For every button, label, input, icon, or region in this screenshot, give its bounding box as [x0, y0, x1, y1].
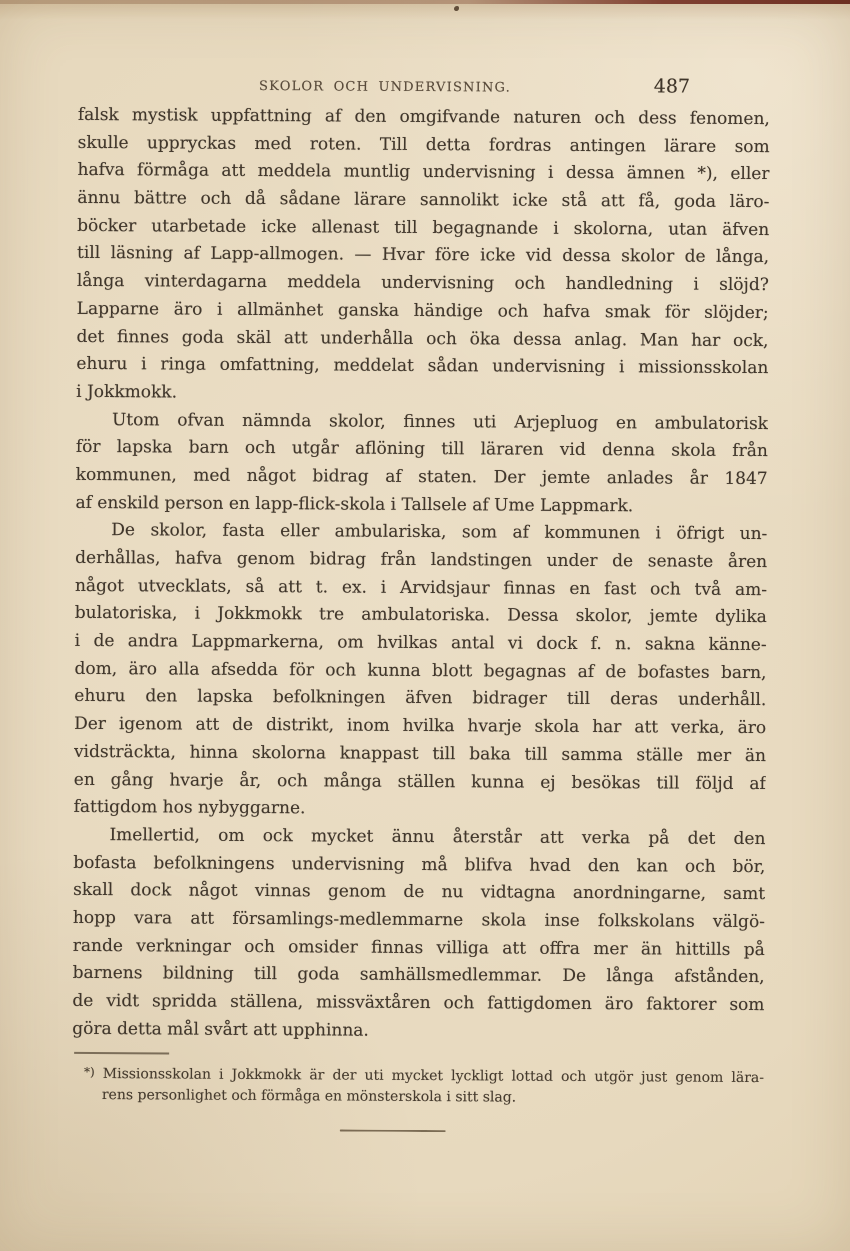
text-line: ännu bättre och då sådane lärare sannoli… — [77, 185, 769, 217]
text-line: en gång hvarje år, och många ställen kun… — [74, 766, 766, 798]
text-line: böcker utarbetade icke allenast till beg… — [77, 213, 769, 245]
text-line: fattigdom hos nybyggarne. — [74, 794, 766, 826]
text-line: Utom ofvan nämnda skolor, finnes uti Arj… — [76, 406, 768, 438]
text-line: barnens bildning till goda samhällsmedle… — [73, 960, 765, 992]
page-content: SKOLOR OCH UNDERVISNING. 487 falsk mysti… — [0, 0, 850, 1251]
text-line: Imellertid, om ock mycket ännu återstår … — [73, 822, 765, 854]
text-line: i Jokkmokk. — [76, 379, 768, 411]
text-line: kommunen, med något bidrag af staten. De… — [76, 462, 768, 494]
text-line: dom, äro alla afsedda för och kunna blot… — [74, 656, 766, 688]
footnote-marker: *) — [84, 1065, 95, 1079]
scanned-book-page: SKOLOR OCH UNDERVISNING. 487 falsk mysti… — [0, 0, 850, 1251]
text-line: i de andra Lappmarkerna, om hvilkas anta… — [75, 628, 767, 660]
text-line: ehuru i ringa omfattning, meddelat sådan… — [76, 351, 768, 383]
text-line: göra detta mål svårt att upphinna. — [72, 1016, 764, 1048]
text-line: något utvecklats, så att t. ex. i Arvids… — [75, 573, 767, 605]
footnote-text: Missionsskolan i Jokkmokk är der uti myc… — [103, 1066, 764, 1086]
text-line: ehuru den lapska befolkningen äfven bidr… — [74, 683, 766, 715]
text-line: bulatoriska, i Jokkmokk tre ambulatorisk… — [75, 600, 767, 632]
text-line: det finnes goda skäl att underhålla och … — [76, 323, 768, 355]
text-line: skall dock något vinnas genom de nu vidt… — [73, 877, 765, 909]
text-line: af enskild person en lapp-flick-skola i … — [75, 489, 767, 521]
end-rule — [340, 1129, 446, 1132]
page-number: 487 — [620, 75, 690, 97]
footnote-separator — [74, 1052, 169, 1055]
text-line: skulle uppryckas med roten. Till detta f… — [78, 130, 770, 162]
text-line: för lapska barn och utgår aflöning till … — [76, 434, 768, 466]
text-line: långa vinterdagarna meddela undervisning… — [77, 268, 769, 300]
text-line: rande verkningar och omsider finnas vill… — [73, 932, 765, 964]
text-line: falsk mystisk uppfattning af den omgifva… — [78, 102, 770, 134]
text-line: De skolor, fasta eller ambulariska, som … — [75, 517, 767, 549]
text-line: bofasta befolkningens undervisning må bl… — [73, 849, 765, 881]
text-line: vidsträckta, hinna skolorna knappast til… — [74, 739, 766, 771]
text-line: Der igenom att de distrikt, inom hvilka … — [74, 711, 766, 743]
text-line: de vidt spridda ställena, missväxtåren o… — [72, 988, 764, 1020]
body-text: falsk mystisk uppfattning af den omgifva… — [72, 102, 770, 1048]
footnote: *) Missionsskolan i Jokkmokk är der uti … — [72, 1061, 764, 1111]
text-line: Lapparne äro i allmänhet ganska händige … — [77, 296, 769, 328]
footnote-line-2: rens personlighet och förmåga en mönster… — [72, 1084, 764, 1111]
text-line: hopp vara att församlings-medlemmarne sk… — [73, 905, 765, 937]
text-line: derhållas, hafva genom bidrag från lands… — [75, 545, 767, 577]
text-line: hafva förmåga att meddela muntlig underv… — [77, 157, 769, 189]
text-line: till läsning af Lapp-allmogen. — Hvar fö… — [77, 240, 769, 272]
